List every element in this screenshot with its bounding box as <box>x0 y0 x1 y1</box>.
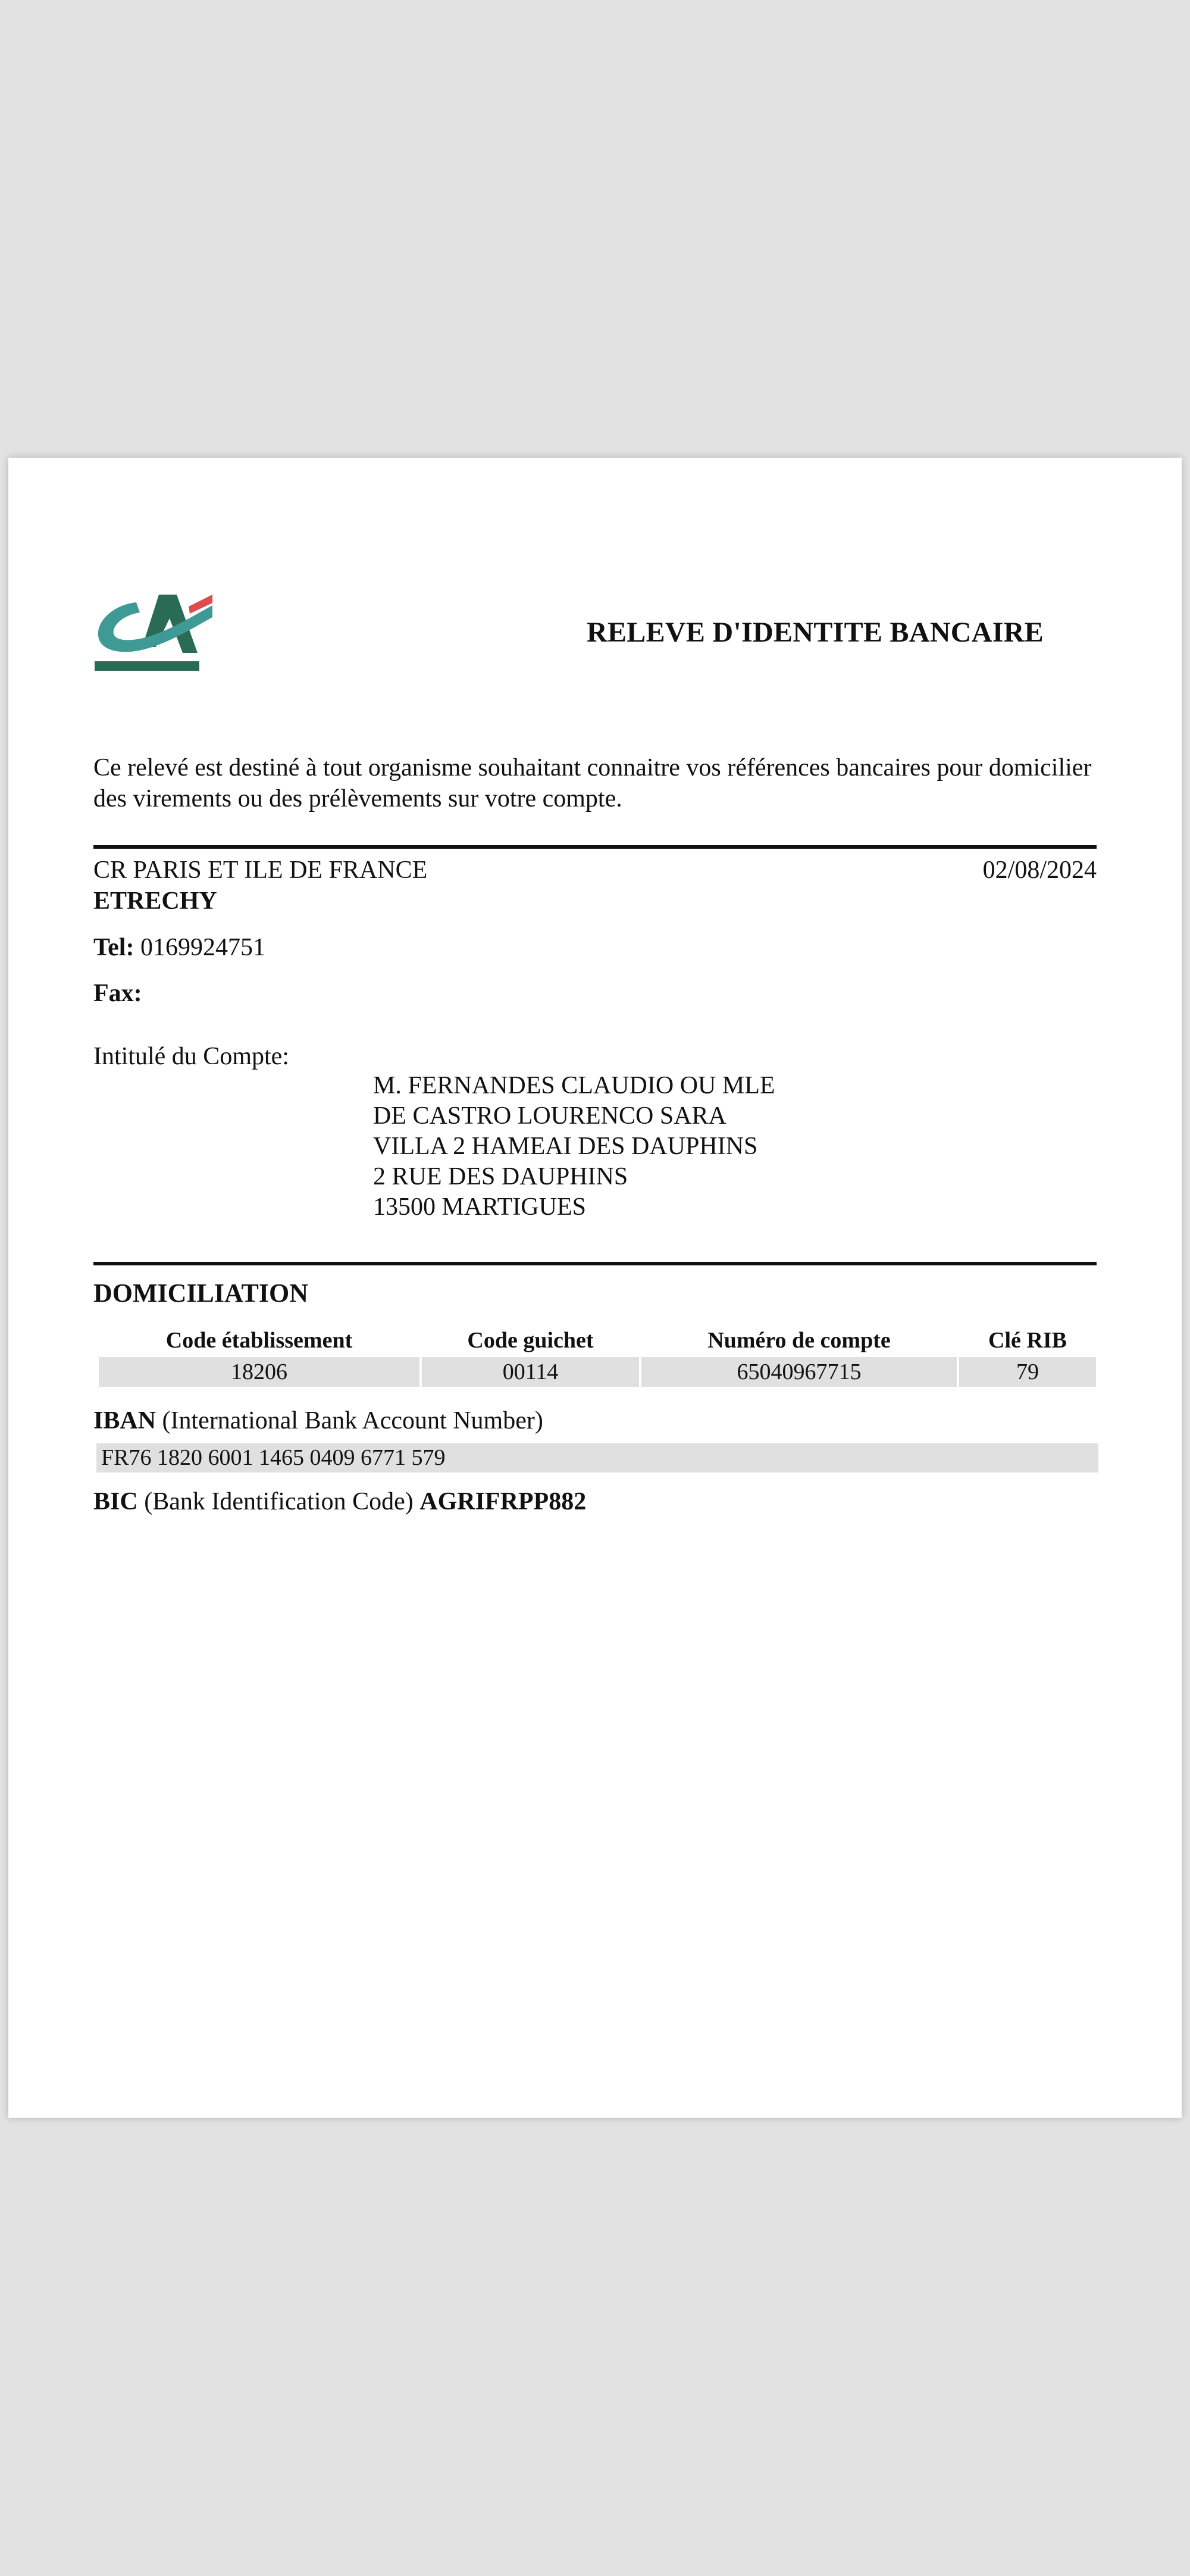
holder-line: 13500 MARTIGUES <box>373 1192 775 1223</box>
bic-description: (Bank Identification Code) <box>144 1488 414 1515</box>
intro-text: Ce relevé est destiné à tout organisme s… <box>93 752 1105 814</box>
iban-label: IBAN <box>93 1407 156 1434</box>
col-header: Numéro de compte <box>641 1324 957 1357</box>
rib-key: 79 <box>959 1357 1096 1387</box>
bic-row: BIC (Bank Identification Code) AGRIFRPP8… <box>93 1486 586 1517</box>
document-date: 02/08/2024 <box>983 855 1097 886</box>
iban-value: FR76 1820 6001 1465 0409 6771 579 <box>96 1443 1098 1473</box>
bank-name: CR PARIS ET ILE DE FRANCE <box>93 855 427 886</box>
account-holder-address: M. FERNANDES CLAUDIO OU MLE DE CASTRO LO… <box>373 1071 775 1223</box>
col-header: Code établissement <box>99 1324 419 1357</box>
tel-value: 0169924751 <box>140 934 265 961</box>
document-title: RELEVE D'IDENTITE BANCAIRE <box>425 616 1044 649</box>
col-header: Clé RIB <box>959 1324 1096 1357</box>
iban-label-row: IBAN (International Bank Account Number) <box>93 1405 543 1436</box>
credit-agricole-logo-icon <box>93 587 218 676</box>
bic-label: BIC <box>93 1488 138 1515</box>
domiciliation-title: DOMICILIATION <box>93 1278 308 1308</box>
rib-header-row: Code établissement Code guichet Numéro d… <box>99 1324 1096 1357</box>
divider <box>93 1262 1097 1265</box>
account-holder-label: Intitulé du Compte: <box>93 1041 289 1072</box>
rib-table: Code établissement Code guichet Numéro d… <box>96 1324 1098 1387</box>
rib-value-row: 18206 00114 65040967715 79 <box>99 1357 1096 1387</box>
branch-name: ETRECHY <box>93 886 217 917</box>
fax-row: Fax: <box>93 978 142 1009</box>
holder-line: M. FERNANDES CLAUDIO OU MLE <box>373 1071 775 1101</box>
col-header: Code guichet <box>422 1324 639 1357</box>
tel-row: Tel: 0169924751 <box>93 932 265 963</box>
branch-code: 00114 <box>422 1357 639 1387</box>
fax-label: Fax: <box>93 980 142 1007</box>
holder-line: VILLA 2 HAMEAI DES DAUPHINS <box>373 1131 775 1162</box>
document-page: RELEVE D'IDENTITE BANCAIRE Ce relevé est… <box>8 458 1182 2118</box>
divider <box>93 845 1097 849</box>
account-number: 65040967715 <box>641 1357 957 1387</box>
tel-label: Tel: <box>93 934 134 961</box>
iban-description: (International Bank Account Number) <box>162 1407 543 1434</box>
holder-line: 2 RUE DES DAUPHINS <box>373 1162 775 1192</box>
bic-value: AGRIFRPP882 <box>419 1488 586 1515</box>
bank-code: 18206 <box>99 1357 419 1387</box>
holder-line: DE CASTRO LOURENCO SARA <box>373 1101 775 1131</box>
